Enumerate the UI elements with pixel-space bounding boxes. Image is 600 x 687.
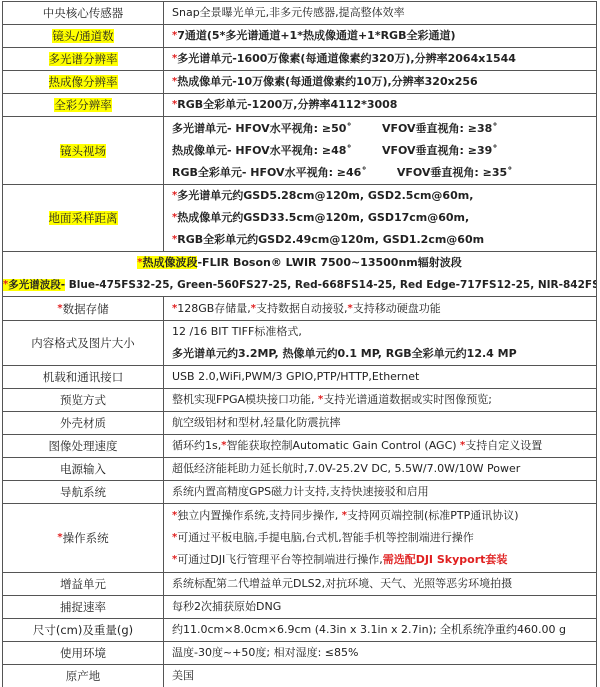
row-format: 内容格式及图片大小 12 /16 BIT TIFF标准格式, 多光谱单元约3.2… xyxy=(3,321,597,366)
row-housing: 外壳材质 航空级铝材和型材,轻量化防震抗摔 xyxy=(3,412,597,435)
size-line: 多光谱单元约3.2MP, 热像单元约0.1 MP, RGB全彩单元约12.4 M… xyxy=(172,343,596,365)
row-processing: 图像处理速度 循环约1s,*智能获取控制Automatic Gain Contr… xyxy=(3,435,597,458)
os-line-3: *可通过DJI飞行管理平台等控制端进行操作,需选配DJI Skyport套装 xyxy=(172,549,596,571)
row-navigation: 导航系统 系统内置高精度GPS磁力计支持,支持快速接驳和启用 xyxy=(3,481,597,504)
label-fov: 镜头视场 xyxy=(60,144,106,158)
value-environment: 温度-30度~+50度; 相对湿度: ≤85% xyxy=(164,642,597,665)
fov-line-ms: 多光谱单元- HFOV水平视角: ≥50˚VFOV垂直视角: ≥38˚ xyxy=(172,118,596,140)
row-core-sensor: 中央核心传感器 Snap全景曝光单元,非多元传感器,提高整体效率 xyxy=(3,2,597,25)
label-channels: 镜头/通道数 xyxy=(52,29,113,43)
value-interfaces: USB 2.0,WiFi,PWM/3 GPIO,PTP/HTTP,Etherne… xyxy=(164,366,597,389)
thermal-band-label: 热成像波段 xyxy=(142,256,197,269)
thermal-band-value: -FLIR Boson® LWIR 7500~13500nm辐射波段 xyxy=(197,256,461,269)
row-origin: 原产地 美国 xyxy=(3,665,597,687)
format-line: 12 /16 BIT TIFF标准格式, xyxy=(172,321,596,343)
row-os: *操作系统 *独立内置操作系统,支持同步操作, *支持网页端控制(标准PTP通讯… xyxy=(3,504,597,573)
row-gsd: 地面采样距离 *多光谱单元约GSD5.28cm@120m, GSD2.5cm@6… xyxy=(3,185,597,252)
gsd-line-rgb: *RGB全彩单元约GSD2.49cm@120m, GSD1.2cm@60m xyxy=(172,229,596,251)
value-origin: 美国 xyxy=(164,665,597,687)
row-dimensions: 尺寸(cm)及重量(g) 约11.0cm×8.0cm×6.9cm (4.3in … xyxy=(3,619,597,642)
label-thermal-resolution: 热成像分辨率 xyxy=(49,75,118,89)
value-core-sensor: Snap全景曝光单元,非多元传感器,提高整体效率 xyxy=(164,2,597,25)
label-format: 内容格式及图片大小 xyxy=(3,321,164,366)
value-rgb-resolution: RGB全彩单元-1200万,分辨率4112*3008 xyxy=(177,98,397,111)
label-gain: 增益单元 xyxy=(3,573,164,596)
label-environment: 使用环境 xyxy=(3,642,164,665)
row-fov: 镜头视场 多光谱单元- HFOV水平视角: ≥50˚VFOV垂直视角: ≥38˚… xyxy=(3,117,597,185)
label-os: 操作系统 xyxy=(63,531,109,545)
row-capture-rate: 捕捉速率 每秒2次捕获原始DNG xyxy=(3,596,597,619)
row-gain: 增益单元 系统标配第二代增益单元DLS2,对抗环境、天气、光照等恶劣环境拍摄 xyxy=(3,573,597,596)
ms-band-line: *多光谱波段- Blue-475FS32-25, Green-560FS27-2… xyxy=(3,274,596,296)
value-navigation: 系统内置高精度GPS磁力计支持,支持快速接驳和启用 xyxy=(164,481,597,504)
spec-table: 中央核心传感器 Snap全景曝光单元,非多元传感器,提高整体效率 镜头/通道数 … xyxy=(2,1,597,687)
label-core-sensor: 中央核心传感器 xyxy=(3,2,164,25)
label-origin: 原产地 xyxy=(3,665,164,687)
row-rgb-resolution: 全彩分辨率 *RGB全彩单元-1200万,分辨率4112*3008 xyxy=(3,94,597,117)
row-power: 电源输入 超低经济能耗助力延长航时,7.0V-25.2V DC, 5.5W/7.… xyxy=(3,458,597,481)
row-bands: *热成像波段-FLIR Boson® LWIR 7500~13500nm辐射波段… xyxy=(3,252,597,297)
row-environment: 使用环境 温度-30度~+50度; 相对湿度: ≤85% xyxy=(3,642,597,665)
skyport-note: 需选配DJI Skyport套装 xyxy=(383,553,508,566)
value-housing: 航空级铝材和型材,轻量化防震抗摔 xyxy=(164,412,597,435)
label-housing: 外壳材质 xyxy=(3,412,164,435)
row-interfaces: 机载和通讯接口 USB 2.0,WiFi,PWM/3 GPIO,PTP/HTTP… xyxy=(3,366,597,389)
label-preview: 预览方式 xyxy=(3,389,164,412)
row-thermal-resolution: 热成像分辨率 *热成像单元-10万像素(每通道像素约10万),分辨率320x25… xyxy=(3,71,597,94)
label-dimensions: 尺寸(cm)及重量(g) xyxy=(3,619,164,642)
label-power: 电源输入 xyxy=(3,458,164,481)
value-capture-rate: 每秒2次捕获原始DNG xyxy=(164,596,597,619)
row-storage: *数据存储 *128GB存储量,*支持数据自动接驳,*支持移动硬盘功能 xyxy=(3,297,597,321)
label-gsd: 地面采样距离 xyxy=(49,211,118,225)
label-interfaces: 机载和通讯接口 xyxy=(3,366,164,389)
value-channels: 7通道(5*多光谱通道+1*热成像通道+1*RGB全彩通道) xyxy=(177,29,455,42)
value-ms-resolution: 多光谱单元-1600万像素(每通道像素约320万),分辨率2064x1544 xyxy=(177,52,516,65)
value-power: 超低经济能耗助力延长航时,7.0V-25.2V DC, 5.5W/7.0W/10… xyxy=(164,458,597,481)
gsd-line-thermal: *热成像单元约GSD33.5cm@120m, GSD17cm@60m, xyxy=(172,207,596,229)
gsd-line-ms: *多光谱单元约GSD5.28cm@120m, GSD2.5cm@60m, xyxy=(172,185,596,207)
value-gain: 系统标配第二代增益单元DLS2,对抗环境、天气、光照等恶劣环境拍摄 xyxy=(164,573,597,596)
value-dimensions: 约11.0cm×8.0cm×6.9cm (4.3in x 3.1in x 2.7… xyxy=(164,619,597,642)
os-line-1: *独立内置操作系统,支持同步操作, *支持网页端控制(标准PTP通讯协议) xyxy=(172,505,596,527)
ms-band-label: 多光谱波段- xyxy=(8,279,65,291)
thermal-band-line: *热成像波段-FLIR Boson® LWIR 7500~13500nm辐射波段 xyxy=(3,252,596,274)
label-ms-resolution: 多光谱分辨率 xyxy=(49,52,118,66)
label-storage: 数据存储 xyxy=(63,302,109,316)
value-thermal-resolution: 热成像单元-10万像素(每通道像素约10万),分辨率320x256 xyxy=(177,75,477,88)
row-channels: 镜头/通道数 *7通道(5*多光谱通道+1*热成像通道+1*RGB全彩通道) xyxy=(3,25,597,48)
label-capture-rate: 捕捉速率 xyxy=(3,596,164,619)
label-processing: 图像处理速度 xyxy=(3,435,164,458)
os-line-2: *可通过平板电脑,手提电脑,台式机,智能手机等控制端进行操作 xyxy=(172,527,596,549)
ms-band-value: Blue-475FS32-25, Green-560FS27-25, Red-6… xyxy=(65,279,596,291)
label-navigation: 导航系统 xyxy=(3,481,164,504)
fov-line-rgb: RGB全彩单元- HFOV水平视角: ≥46˚VFOV垂直视角: ≥35˚ xyxy=(172,162,596,184)
fov-line-thermal: 热成像单元- HFOV水平视角: ≥48˚VFOV垂直视角: ≥39˚ xyxy=(172,140,596,162)
label-rgb-resolution: 全彩分辨率 xyxy=(54,98,112,112)
row-ms-resolution: 多光谱分辨率 *多光谱单元-1600万像素(每通道像素约320万),分辨率206… xyxy=(3,48,597,71)
row-preview: 预览方式 整机实现FPGA模块接口功能, *支持光谱通道数据或实时图像预览; xyxy=(3,389,597,412)
